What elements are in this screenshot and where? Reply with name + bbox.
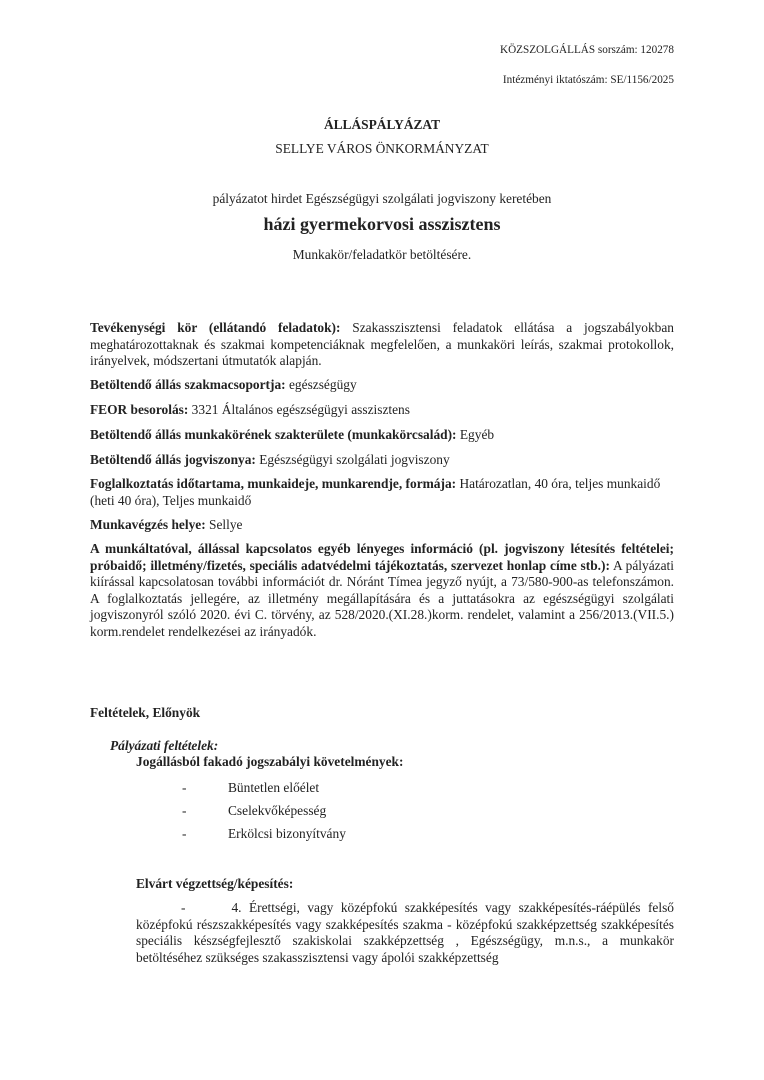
intro-line: pályázatot hirdet Egészségügyi szolgálat… <box>0 191 764 207</box>
dash-bullet: - <box>181 900 185 915</box>
education-text: -4. Érettségi, vagy középfokú szakképesí… <box>136 900 674 966</box>
list-item-text: Erkölcsi bizonyítvány <box>228 826 346 842</box>
purpose-line: Munkakör/feladatkör betöltésére. <box>0 247 764 263</box>
field-job-family: Betöltendő állás munkakörének szakterüle… <box>90 427 674 444</box>
registry-number: Intézményi iktatószám: SE/1156/2025 <box>503 74 674 86</box>
field-label: Munkavégzés helye: <box>90 517 206 532</box>
field-working-time: Foglalkoztatás időtartama, munkaideje, m… <box>90 476 674 509</box>
field-feor: FEOR besorolás: 3321 Általános egészségü… <box>90 402 674 419</box>
field-label: A munkáltatóval, állással kapcsolatos eg… <box>90 541 674 573</box>
field-employment-type: Betöltendő állás jogviszonya: Egészségüg… <box>90 452 674 469</box>
document-page: KÖZSZOLGÁLLÁS sorszám: 120278 Intézményi… <box>0 0 764 1080</box>
dash-bullet: - <box>182 826 186 842</box>
education-requirement: 4. Érettségi, vagy középfokú szakképesít… <box>136 900 674 965</box>
field-label: Betöltendő állás jogviszonya: <box>90 452 256 467</box>
dash-bullet: - <box>182 803 186 819</box>
position-title: házi gyermekorvosi asszisztens <box>0 214 764 235</box>
field-value: Egészségügyi szolgálati jogviszony <box>256 452 450 467</box>
field-label: Betöltendő állás munkakörének szakterüle… <box>90 427 457 442</box>
field-label: Foglalkoztatás időtartama, munkaideje, m… <box>90 476 456 491</box>
conditions-subheading: Pályázati feltételek: <box>110 738 694 755</box>
field-label: FEOR besorolás: <box>90 402 188 417</box>
field-label: Betöltendő állás szakmacsoportja: <box>90 377 286 392</box>
field-workplace: Munkavégzés helye: Sellye <box>90 517 674 534</box>
field-value: egészségügy <box>286 377 357 392</box>
field-value: Sellye <box>206 517 243 532</box>
serial-number: KÖZSZOLGÁLLÁS sorszám: 120278 <box>500 44 674 56</box>
field-label: Tevékenységi kör (ellátandó feladatok): <box>90 320 340 335</box>
organization-name: SELLYE VÁROS ÖNKORMÁNYZAT <box>0 141 764 157</box>
dash-bullet: - <box>182 780 186 796</box>
field-value: Egyéb <box>457 427 495 442</box>
field-value: 3321 Általános egészségügyi asszisztens <box>188 402 410 417</box>
list-item-text: Cselekvőképesség <box>228 803 326 819</box>
education-heading: Elvárt végzettség/képesítés: <box>136 876 720 893</box>
field-other-info: A munkáltatóval, állással kapcsolatos eg… <box>90 541 674 640</box>
legal-requirements-heading: Jogállásból fakadó jogszabályi követelmé… <box>136 754 720 771</box>
conditions-heading: Feltételek, Előnyök <box>90 705 674 722</box>
document-title: ÁLLÁSPÁLYÁZAT <box>0 117 764 133</box>
list-item-text: Büntetlen előélet <box>228 780 319 796</box>
field-activity: Tevékenységi kör (ellátandó feladatok): … <box>90 320 674 370</box>
field-profession-group: Betöltendő állás szakmacsoportja: egészs… <box>90 377 674 394</box>
